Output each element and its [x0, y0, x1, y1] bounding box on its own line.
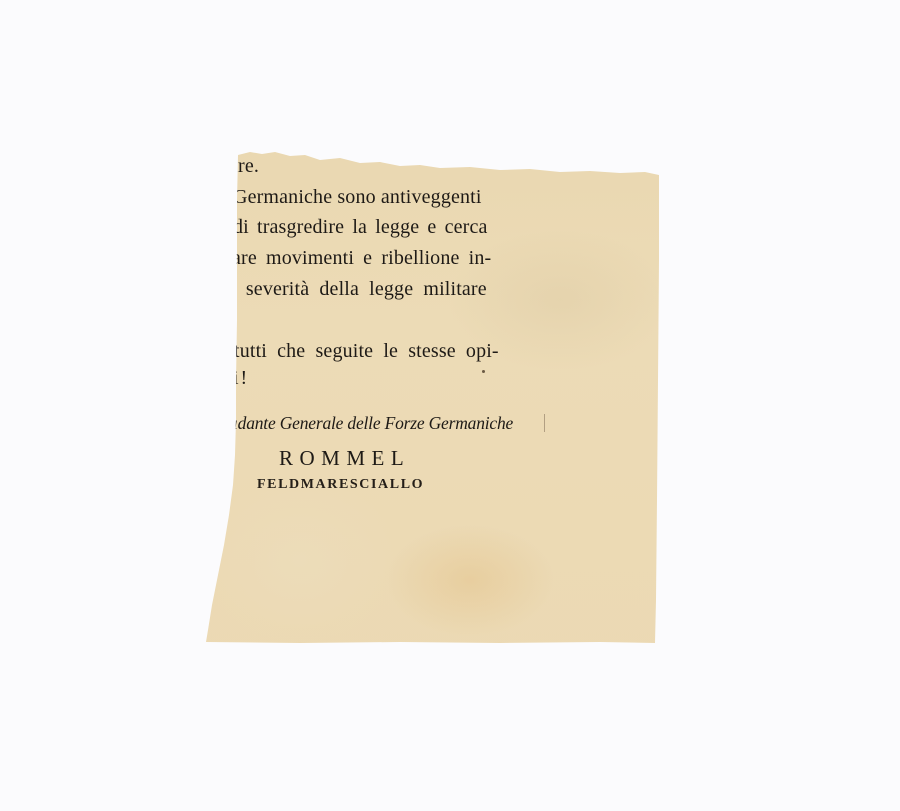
margin-mark: [544, 414, 545, 432]
signature-rank: FELDMARESCIALLO: [257, 477, 424, 493]
body-line-2: Germaniche sono antiveggenti: [233, 187, 482, 207]
signature-role-line: ıdante Generale delle Forze Germaniche: [233, 413, 513, 434]
body-line-4: are movimenti e ribellione in-: [232, 248, 491, 268]
body-line-7: i!: [233, 368, 249, 388]
body-line-6: tutti che seguite le stesse opi-: [234, 341, 499, 361]
document-text: are. Germaniche sono antiveggenti di tra…: [0, 0, 900, 811]
body-line-1: are.: [229, 156, 259, 176]
body-line-5: ı severità della legge militare: [230, 279, 487, 299]
signature-name: ROMMEL: [279, 446, 410, 471]
body-line-3: di trasgredire la legge e cerca: [233, 217, 488, 237]
